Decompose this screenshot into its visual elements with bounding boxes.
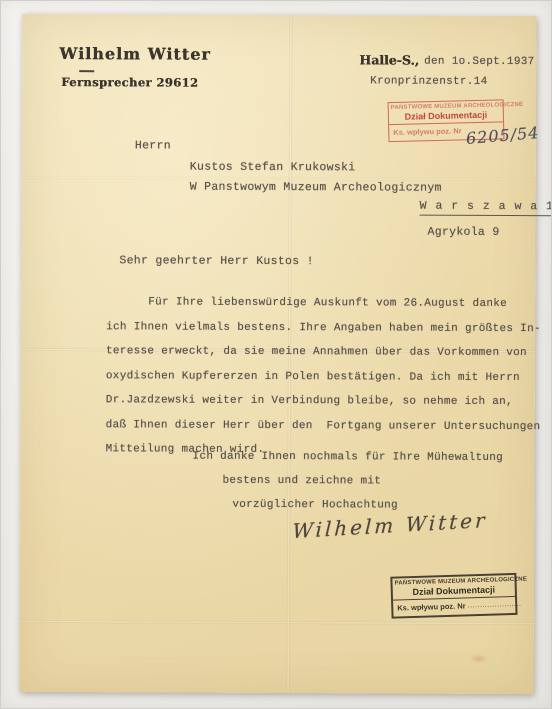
closing-line: vorzüglicher Hochachtung <box>232 499 398 512</box>
letterhead-rule <box>79 70 94 72</box>
stamp-dotted-line: ...................... <box>468 601 522 610</box>
letter-paper: Wilhelm Witter Fernsprecher 29612 Halle-… <box>20 14 537 694</box>
closing-line: bestens und zeichne mit <box>222 475 381 488</box>
dateline: Halle-S.,den 1o.Sept.1937 <box>359 51 534 70</box>
body-line: daß Ihnen dieser Herr über den Fortgang … <box>106 419 536 445</box>
dateline-street: Kronprinzenstr.14 <box>370 75 487 88</box>
body-line: oxydischen Kupfererzen in Polen bestätig… <box>106 370 536 396</box>
scanned-letter: Wilhelm Witter Fernsprecher 29612 Halle-… <box>0 0 552 709</box>
recipient-name: Kustos Stefan Krukowski <box>190 161 356 175</box>
dateline-city: Halle-S., <box>359 52 419 67</box>
recipient-street: Agrykola 9 <box>428 226 500 239</box>
letterhead-name: Wilhelm Witter <box>59 44 210 64</box>
salutation: Sehr geehrter Herr Kustos ! <box>119 254 313 268</box>
fold-crease-bottom <box>20 620 534 625</box>
body-line: Dr.Jazdzewski weiter in Verbindung bleib… <box>106 394 536 420</box>
recipient-institution: W Panstwowym Muzeum Archeologicznym <box>190 181 442 195</box>
stamp-register-text: Ks. wpływu poz. Nr <box>397 601 466 612</box>
body-line: Für Ihre liebenswürdige Auskunft vom 26.… <box>106 296 536 322</box>
dateline-date: den 1o.Sept.1937 <box>424 56 534 68</box>
closing-line: Ich danke Ihnen nochmals für Ihre Mühewa… <box>193 451 504 464</box>
handwritten-signature: Wilhelm Witter <box>292 508 488 543</box>
body-line: teresse erweckt, da sie meine Annahmen ü… <box>106 345 536 371</box>
letterhead-phone: Fernsprecher 29612 <box>61 75 198 90</box>
body-line: ich Ihnen vielmals bestens. Ihre Angaben… <box>106 321 536 347</box>
stamp-register-label: Ks. wpływu poz. Nr .....................… <box>393 597 515 617</box>
letter-body: Für Ihre liebenswürdige Auskunft vom 26.… <box>106 296 537 469</box>
registry-stamp-black: PAŃSTWOWE MUZEUM ARCHEOLOGICZNE Dział Do… <box>390 573 517 619</box>
foxing-spot <box>470 654 488 664</box>
recipient-title: Herrn <box>135 139 171 152</box>
recipient-city: W a r s z a w a 1 <box>420 200 552 217</box>
